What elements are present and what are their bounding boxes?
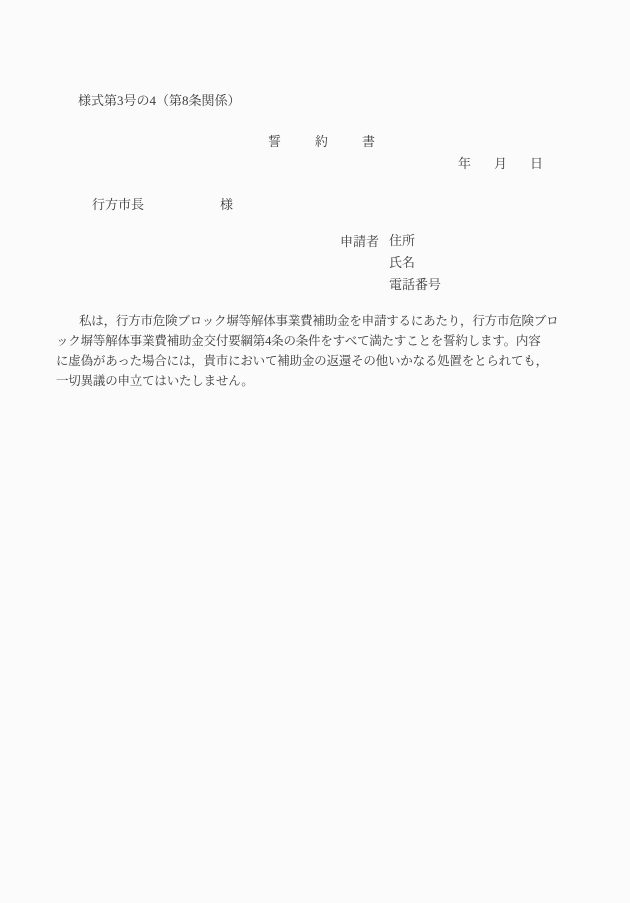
pledge-body: 私は，行方市危険ブロック塀等解体事業費補助金を申請するにあたり，行方市危険ブロ … — [56, 311, 568, 391]
document-title: 誓 約 書 — [268, 135, 386, 149]
date-day-label: 日 — [530, 157, 543, 171]
date-year-label: 年 — [458, 157, 471, 171]
pledge-body-line-2: ック塀等解体事業費補助金交付要綱第4条の条件をすべて満たすことを誓約します。内容 — [56, 331, 568, 351]
applicant-name-label: 氏名 — [389, 256, 415, 270]
pledge-document-page: 様式第3号の4（第8条関係） 誓 約 書 年 月 日 行方市長 様 申請者 住所… — [0, 0, 630, 903]
pledge-body-line-1: 私は，行方市危険ブロック塀等解体事業費補助金を申請するにあたり，行方市危険ブロ — [56, 311, 568, 331]
form-number: 様式第3号の4（第8条関係） — [78, 94, 241, 108]
date-line: 年 月 日 — [458, 157, 543, 171]
date-month-label: 月 — [494, 157, 507, 171]
applicant-label: 申請者 — [340, 235, 379, 249]
recipient-name: 行方市長 — [92, 198, 144, 212]
pledge-body-line-4: 一切異議の申立てはいたしません。 — [56, 371, 568, 391]
pledge-body-line-3: に虚偽があった場合には，貴市において補助金の返還その他いかなる処置をとられても， — [56, 351, 568, 371]
applicant-address-label: 住所 — [389, 234, 415, 248]
recipient-line: 行方市長 様 — [92, 198, 233, 212]
recipient-honorific: 様 — [220, 198, 233, 212]
applicant-phone-label: 電話番号 — [389, 278, 441, 292]
